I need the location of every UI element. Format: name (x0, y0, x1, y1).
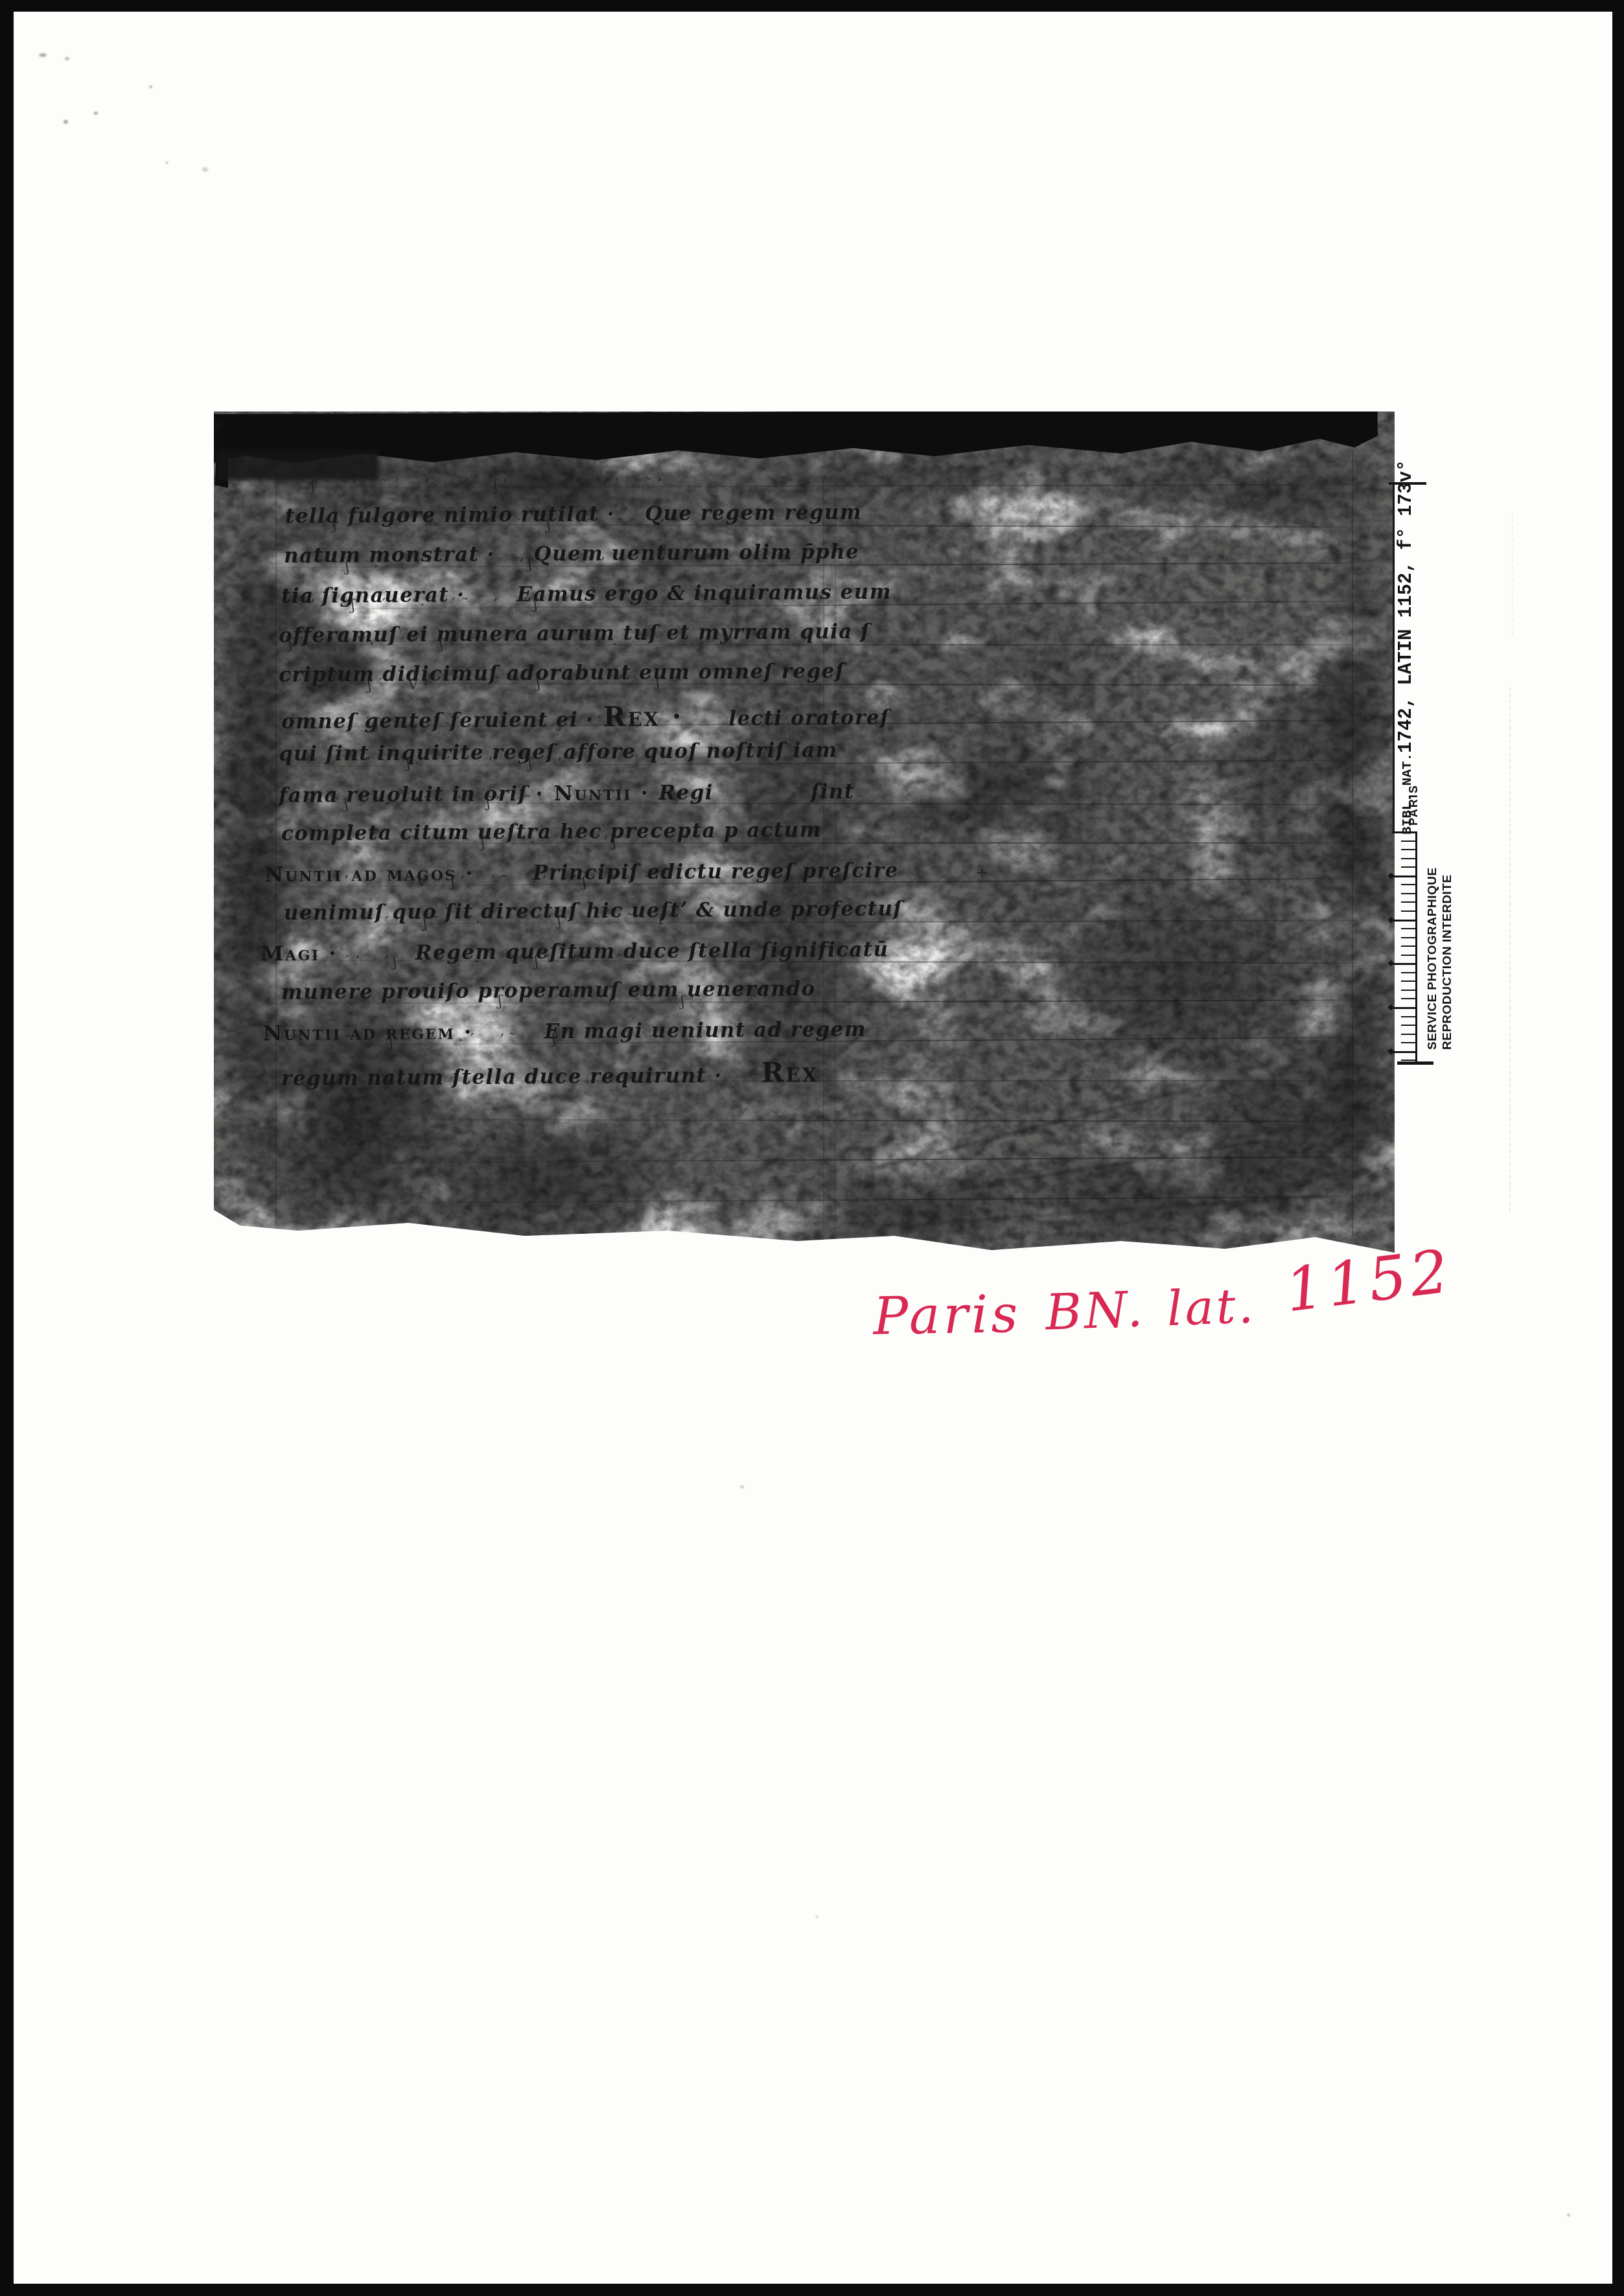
ruler-tick (1401, 1016, 1417, 1017)
ruler-tick (1401, 841, 1417, 842)
ruler-tick (1392, 963, 1417, 965)
ruler-tick (1401, 849, 1417, 850)
neume-row: ʼ˜ ´ V ʃʼ ´˜ ·ʼ ´ʃ ˜ ´ʼ (343, 874, 664, 891)
dust-speck (39, 53, 47, 57)
ruler-tick (1401, 937, 1417, 938)
manuscript-photo: ʃ ´ʼ ˜´ ʼ· ´ ʃʼ ˜ ´ʼ ʼ´ ˜ʼtella fulgore … (214, 412, 1395, 1273)
ruler-tick (1401, 980, 1417, 982)
ruler-tick (1392, 1051, 1417, 1053)
annotation-part: 1152 (1281, 1236, 1456, 1326)
dust-speck (740, 1485, 744, 1489)
dust-speck (149, 86, 152, 88)
ruler-tick (1401, 998, 1417, 999)
text-segment: ſint (811, 780, 855, 803)
text-segment: lecti oratoreſ (728, 706, 890, 731)
text-segment: Rex (761, 1056, 819, 1089)
stain (975, 603, 1108, 933)
ruler-tick (1401, 1042, 1417, 1043)
text-segment: Que regem regum (645, 501, 862, 526)
dust-speck (94, 111, 98, 115)
ruler-tick (1401, 972, 1417, 973)
photocopy-page: ʃ ´ʼ ˜´ ʼ· ´ ʃʼ ˜ ´ʼ ʼ´ ˜ʼtella fulgore … (0, 0, 1624, 2296)
neume-row: ´ʼ ˜ʃ ´ ʼ· ´˜ ʼ ´ʃ ˜´ ʼ´ (298, 596, 627, 614)
neume-row: ʃ´ ʼ ˜· ´ʼ ʃ ˜´ ʼ˜ ´ ʼ ·´ (288, 635, 634, 653)
annotation-part: BN. (1045, 1280, 1146, 1341)
ruler-tick (1401, 945, 1417, 947)
ruler-tick (1392, 1007, 1417, 1009)
annotation-part: Paris (873, 1284, 1021, 1347)
neume-row: ˜´ ʼ ´ʃ ʼ˜ ·´ ʼ ´˜ ʃʼ ´ ˜ (290, 714, 638, 733)
film-edge-line (1509, 687, 1511, 1212)
service-line1: SERVICE PHOTOGRAPHIQUE (1425, 841, 1440, 1050)
ruler-tick (1401, 928, 1417, 929)
dust-speck (64, 120, 68, 124)
scale-ruler-endcap (1397, 1061, 1433, 1065)
neume-row: ´ʼ ˜ ʼ´ ʃ· ´ ˜ʼ ´ʃ ʼ´ (293, 754, 578, 772)
ruler-tick (1401, 990, 1417, 991)
ruler-tick (1401, 893, 1417, 894)
vertical-ruling (1352, 450, 1353, 1238)
ruler-tick (1401, 1034, 1417, 1035)
dust-speck (202, 167, 208, 172)
stamp-bracket-line (1393, 484, 1395, 833)
ruler-tick (1401, 955, 1417, 956)
binding-edge-dash (194, 419, 222, 430)
neume-row: ´ʃ ʼ ˜´ ʼ· ´˜ ʃʼ ´ ˜ʼ (486, 992, 771, 1010)
ruler-tick (1401, 1025, 1417, 1026)
photo-service-stamp: SERVICE PHOTOGRAPHIQUE REPRODUCTION INTE… (1425, 841, 1456, 1050)
text-segment: Regi (658, 781, 713, 805)
ruler-tick (1401, 858, 1417, 859)
film-edge-line (1512, 512, 1513, 635)
neume-row: ˜ ´ʼ ʼʃ ´˜ ʼ· ´ ʃ˜ ʼ´ ˜ (311, 952, 628, 970)
stamp-shelfmark-folio: 1742, LATIN 1152, f° 173v° (1395, 459, 1417, 752)
ruler-tick (1401, 884, 1417, 885)
ruler-tick (1401, 910, 1417, 912)
text-segment: En magi ueniunt ad regem (544, 1018, 867, 1043)
service-line2: REPRODUCTION INTERDITE (1440, 841, 1455, 1050)
neume-row: ʃ ´ʼ ˜´ ʼ· ´ ʃʼ ˜ ´ʼ ʼ´ ˜ʼ (311, 476, 666, 495)
text-decoration-mark: + (976, 865, 988, 881)
ruler-tick (1401, 1060, 1417, 1061)
dust-speck (165, 161, 168, 164)
annotation-part: lat. (1166, 1278, 1257, 1337)
ruler-tick (1392, 831, 1417, 833)
dust-speck (65, 57, 69, 60)
neume-row: ʼ´ ˜ ´ʃ ˜ʼ ·´ ʼ˜ ´ʃ (305, 1030, 561, 1050)
dust-speck (1567, 2214, 1570, 2216)
ruler-tick (1392, 875, 1417, 877)
manuscript-text-line: regum natum ſtella duce requirunt ·Rex (281, 1056, 819, 1092)
ruler-tick (1401, 866, 1417, 868)
shelfmark-annotation: ParisBN.lat.1152 (872, 1262, 1387, 1377)
binding-edge-shadow (216, 450, 378, 480)
text-segment: regum natum ſtella duce requirunt · (281, 1064, 723, 1091)
ruler-tick (1401, 901, 1417, 903)
dust-speck (815, 1916, 818, 1918)
ruler-tick (1392, 920, 1417, 922)
stamp-city: PARIS (1407, 780, 1421, 826)
neume-row: ´ ʼʃ ˜ ´ʼ ·´ ʼ˜ ´ ʃ ʼ´ ˜´ ʼ (292, 516, 669, 534)
vertical-ruling (275, 463, 277, 1225)
neume-row: ´ ˜ʼ ʃ´ ʼ· ˜´ ʼʃ ´˜ ʼ´ (408, 833, 705, 852)
